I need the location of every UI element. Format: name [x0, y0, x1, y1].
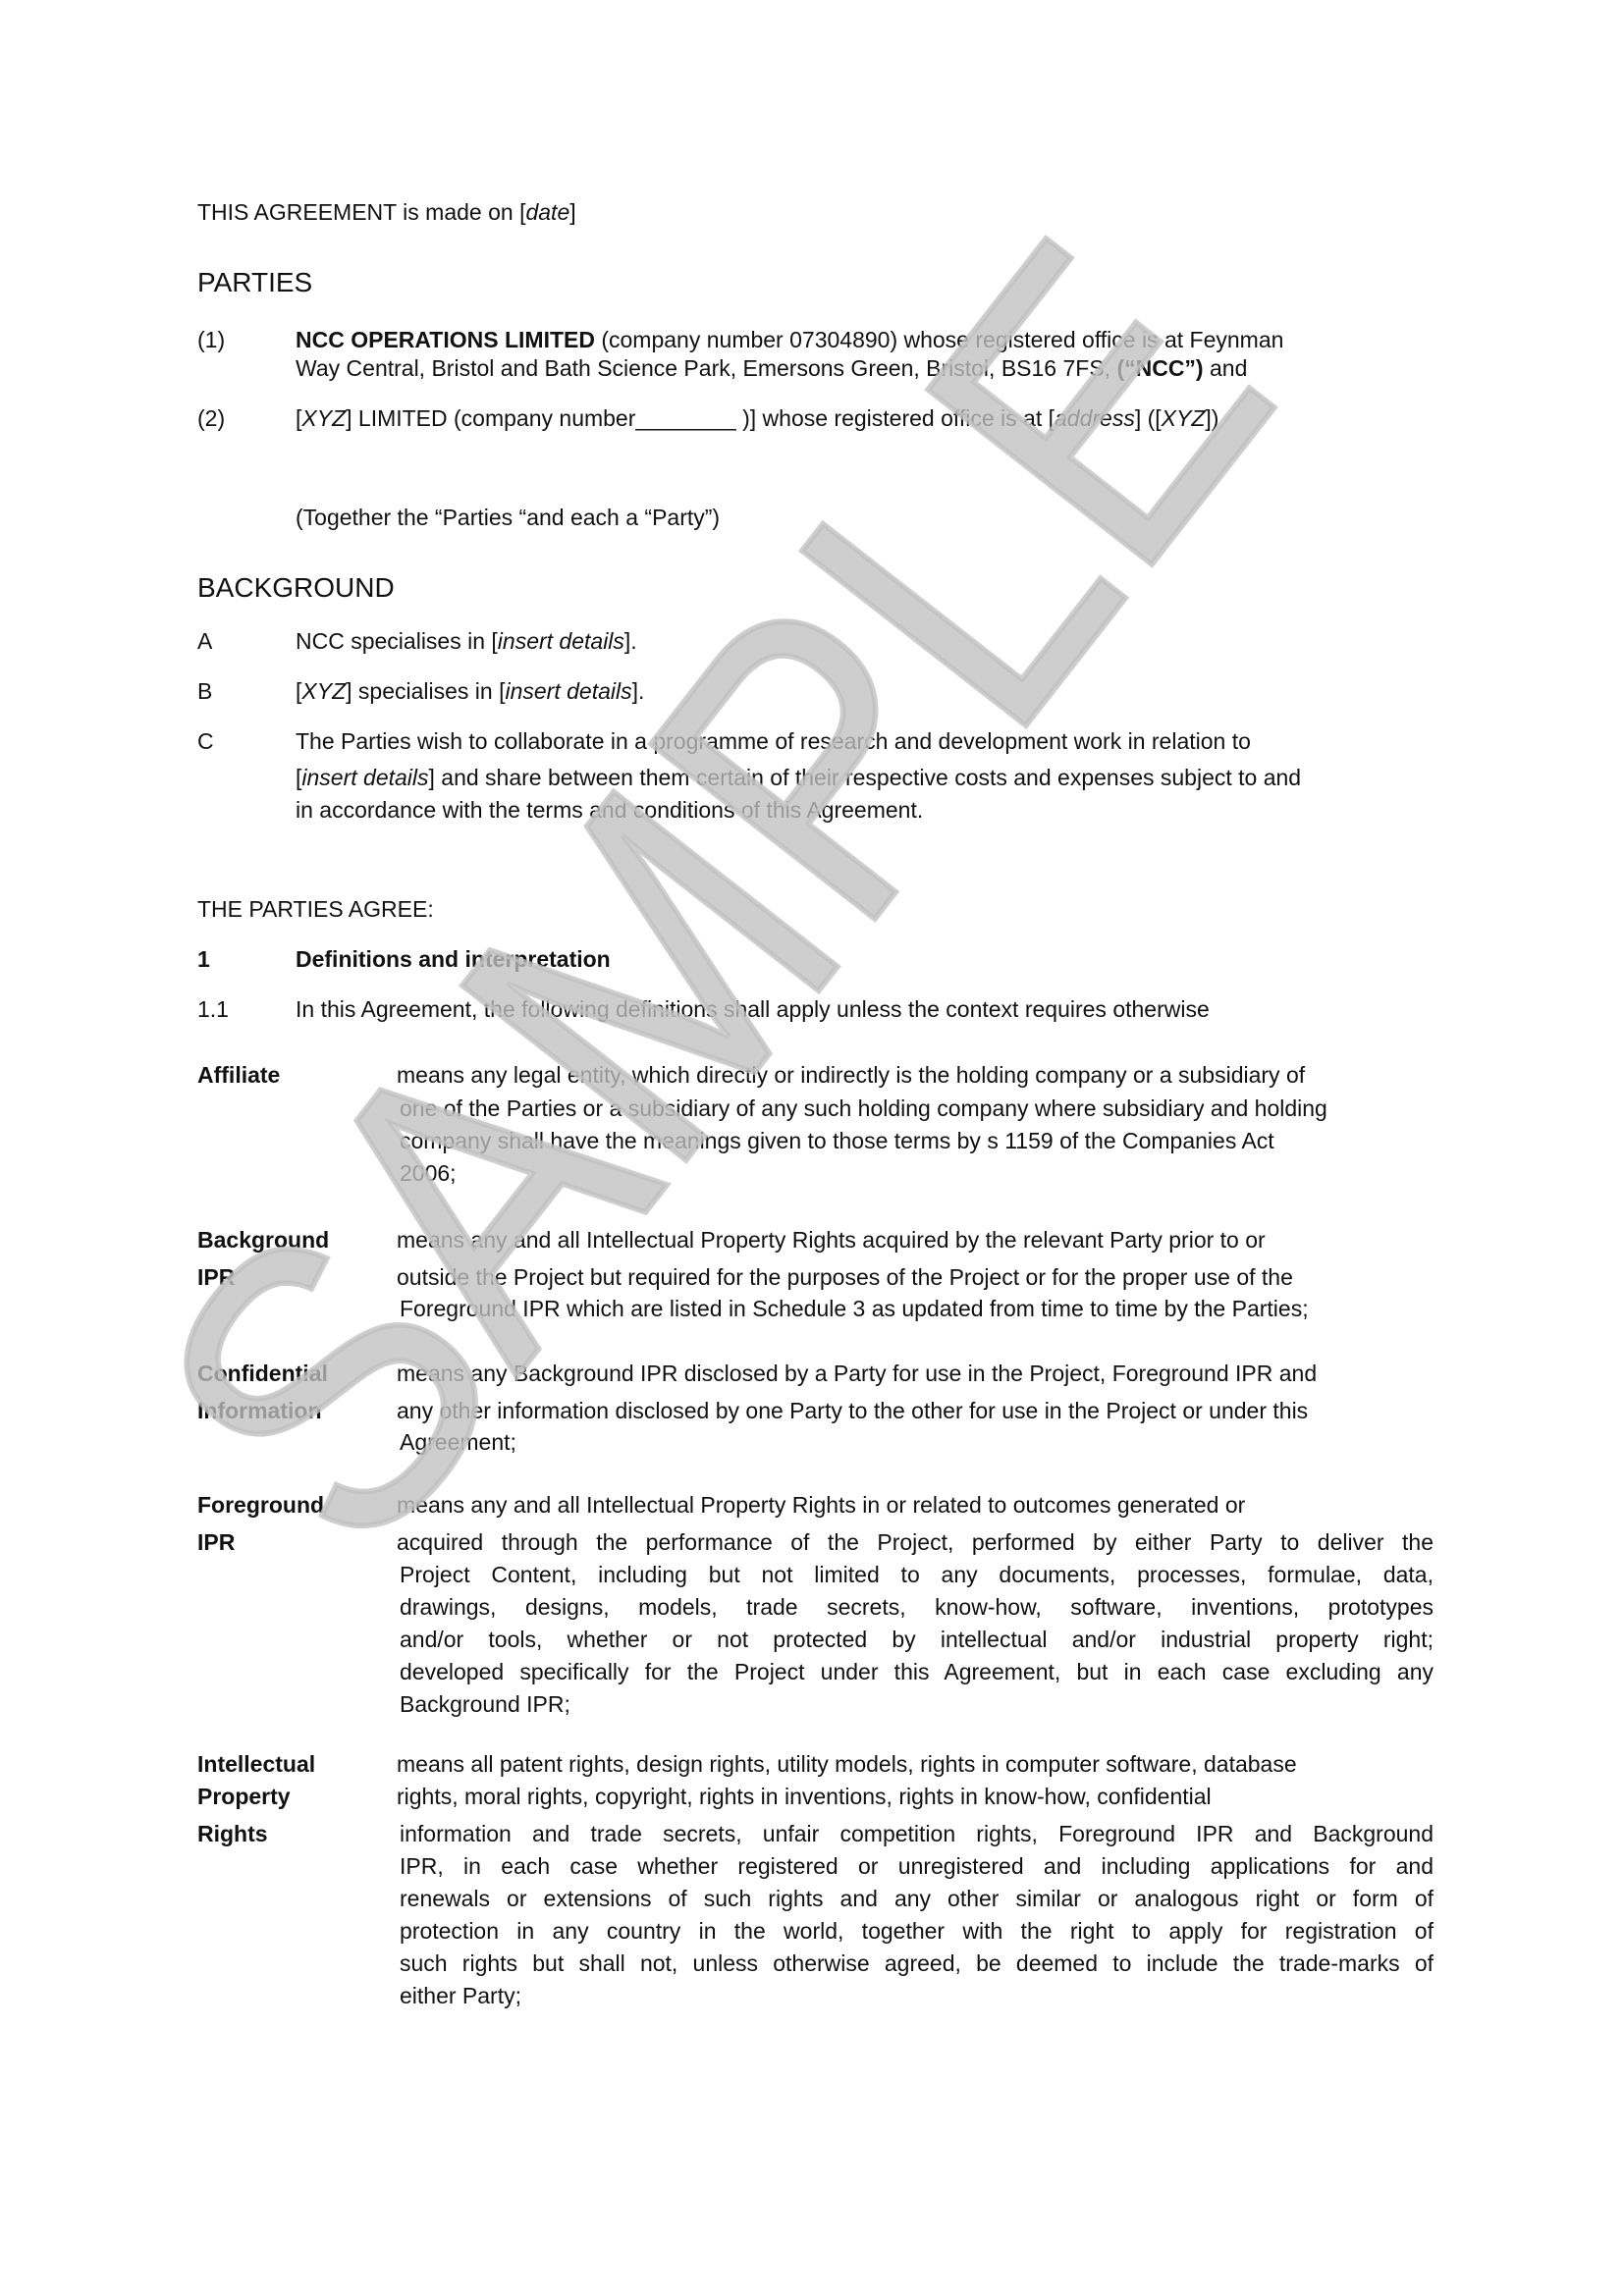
party-1-address: Way Central, Bristol and Bath Science Pa… — [296, 355, 1116, 381]
party-2-line: [XYZ] LIMITED (company number________ )]… — [296, 405, 1218, 432]
address-placeholder: address — [1055, 405, 1135, 431]
recital-a-end: ]. — [624, 628, 637, 654]
definition-line: means any and all Intellectual Property … — [397, 1227, 1266, 1254]
clause-1-number: 1 — [197, 946, 210, 973]
definition-term: Background — [197, 1227, 329, 1254]
intro-suffix: ] — [569, 199, 575, 225]
party-1-line-2: Way Central, Bristol and Bath Science Pa… — [296, 355, 1247, 382]
definition-term: Property — [197, 1784, 291, 1810]
agreement-intro: THIS AGREEMENT is made on [date] — [197, 199, 576, 226]
xyz-placeholder: XYZ — [301, 405, 346, 431]
definition-line: any other information disclosed by one P… — [397, 1398, 1308, 1424]
definition-term: IPR — [197, 1529, 235, 1556]
definition-line: outside the Project but required for the… — [397, 1264, 1293, 1291]
definition-line: one of the Parties or a subsidiary of an… — [400, 1095, 1327, 1122]
recital-b-letter: B — [197, 678, 212, 705]
background-heading: BACKGROUND — [197, 572, 395, 604]
definition-line: Background IPR; — [400, 1691, 570, 1718]
definition-line: and/or tools, whether or not protected b… — [400, 1627, 1434, 1653]
definition-line: IPR, in each case whether registered or … — [400, 1853, 1434, 1880]
clause-1-1-number: 1.1 — [197, 996, 229, 1023]
insert-details-placeholder: insert details — [498, 628, 624, 654]
recital-c-text: ] and share between them certain of thei… — [429, 765, 1302, 790]
recital-c-letter: C — [197, 728, 214, 755]
definition-line: such rights but shall not, unless otherw… — [400, 1950, 1434, 1977]
document-page: THIS AGREEMENT is made on [date] PARTIES… — [0, 0, 1623, 2296]
recital-b-end: ]. — [632, 678, 645, 704]
recital-b: [XYZ] specialises in [insert details]. — [296, 678, 644, 705]
definition-line: either Party; — [400, 1983, 521, 2009]
date-placeholder: date — [525, 199, 569, 225]
bracket: ] ([ — [1135, 405, 1162, 431]
definition-line: company shall have the meanings given to… — [400, 1128, 1274, 1154]
party-1-details: (company number 07304890) whose register… — [595, 327, 1283, 352]
definition-line: protection in any country in the world, … — [400, 1918, 1434, 1945]
clause-1-1-text: In this Agreement, the following definit… — [296, 996, 1210, 1023]
recital-a: NCC specialises in [insert details]. — [296, 628, 637, 655]
party-1-conjunction: and — [1204, 355, 1248, 381]
definition-line: 2006; — [400, 1160, 457, 1187]
definition-line: Project Content, including but not limit… — [400, 1562, 1434, 1588]
party-1-defined-term: (“NCC”) — [1116, 355, 1203, 381]
definition-line: Agreement; — [400, 1429, 516, 1456]
definition-line: renewals or extensions of such rights an… — [400, 1886, 1434, 1912]
intro-prefix: THIS AGREEMENT is made on [ — [197, 199, 525, 225]
definition-line: rights, moral rights, copyright, rights … — [397, 1784, 1212, 1810]
definition-line: means any legal entity, which directly o… — [397, 1062, 1305, 1089]
definition-line: Foreground IPR which are listed in Sched… — [400, 1296, 1309, 1322]
definition-term: Foreground — [197, 1492, 324, 1519]
definition-line: means any and all Intellectual Property … — [397, 1492, 1245, 1519]
xyz-placeholder: XYZ — [1162, 405, 1206, 431]
definition-term: Information — [197, 1398, 322, 1424]
insert-details-placeholder: insert details — [505, 678, 631, 704]
definition-line: acquired through the performance of the … — [397, 1529, 1434, 1556]
definition-line: information and trade secrets, unfair co… — [400, 1821, 1434, 1847]
recital-c-line-3: in accordance with the terms and conditi… — [296, 797, 923, 824]
party-1-number: (1) — [197, 327, 225, 353]
bracket: ]) — [1205, 405, 1218, 431]
recital-c-line-2: [insert details] and share between them … — [296, 765, 1301, 791]
recital-a-letter: A — [197, 628, 212, 655]
party-2-details: ] LIMITED (company number________ )] who… — [346, 405, 1055, 431]
definition-line: developed specifically for the Project u… — [400, 1659, 1434, 1685]
definition-line: means any Background IPR disclosed by a … — [397, 1361, 1317, 1387]
recital-a-text: NCC specialises in [ — [296, 628, 498, 654]
definition-term: Affiliate — [197, 1062, 280, 1089]
definition-line: drawings, designs, models, trade secrets… — [400, 1594, 1434, 1621]
xyz-placeholder: XYZ — [301, 678, 346, 704]
insert-details-placeholder: insert details — [301, 765, 428, 790]
recital-c-line-1: The Parties wish to collaborate in a pro… — [296, 728, 1251, 755]
parties-together-note: (Together the “Parties “and each a “Part… — [296, 505, 720, 531]
party-2-number: (2) — [197, 405, 225, 432]
recital-b-text: ] specialises in [ — [346, 678, 505, 704]
party-1-line-1: NCC OPERATIONS LIMITED (company number 0… — [296, 327, 1283, 353]
definition-line: means all patent rights, design rights, … — [397, 1751, 1297, 1778]
agree-heading: THE PARTIES AGREE: — [197, 896, 434, 923]
parties-heading: PARTIES — [197, 267, 312, 298]
clause-1-title: Definitions and interpretation — [296, 946, 611, 973]
definition-term: Intellectual — [197, 1751, 315, 1778]
definition-term: IPR — [197, 1264, 235, 1291]
definition-term: Rights — [197, 1821, 268, 1847]
party-1-name: NCC OPERATIONS LIMITED — [296, 327, 595, 352]
definition-term: Confidential — [197, 1361, 328, 1387]
